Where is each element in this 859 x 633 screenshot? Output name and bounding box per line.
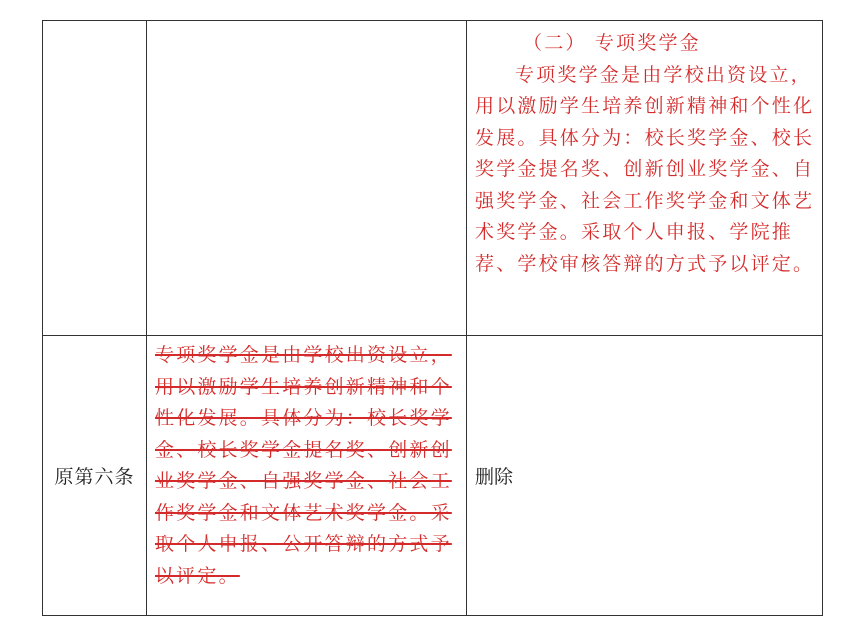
revised-text-cell: （二） 专项奖学金 专项奖学金是由学校出资设立，用以激励学生培养创新精神和个性化… bbox=[467, 21, 823, 336]
original-text-cell: 专项奖学金是由学校出资设立，用以激励学生培养创新精神和个性化发展。具体分为：校长… bbox=[147, 336, 467, 616]
revision-action: 删除 bbox=[467, 336, 823, 616]
article-cell bbox=[43, 21, 147, 336]
revised-paragraph: 专项奖学金是由学校出资设立，用以激励学生培养创新精神和个性化发展。具体分为：校长… bbox=[475, 60, 816, 281]
section-heading: （二） 专项奖学金 bbox=[475, 28, 816, 60]
table-row: （二） 专项奖学金 专项奖学金是由学校出资设立，用以激励学生培养创新精神和个性化… bbox=[43, 21, 823, 336]
table-row: 原第六条 专项奖学金是由学校出资设立，用以激励学生培养创新精神和个性化发展。具体… bbox=[43, 336, 823, 616]
original-text-cell bbox=[147, 21, 467, 336]
revision-comparison-table: （二） 专项奖学金 专项奖学金是由学校出资设立，用以激励学生培养创新精神和个性化… bbox=[42, 20, 823, 616]
deleted-paragraph: 专项奖学金是由学校出资设立，用以激励学生培养创新精神和个性化发展。具体分为：校长… bbox=[155, 344, 452, 587]
article-label: 原第六条 bbox=[43, 336, 147, 616]
